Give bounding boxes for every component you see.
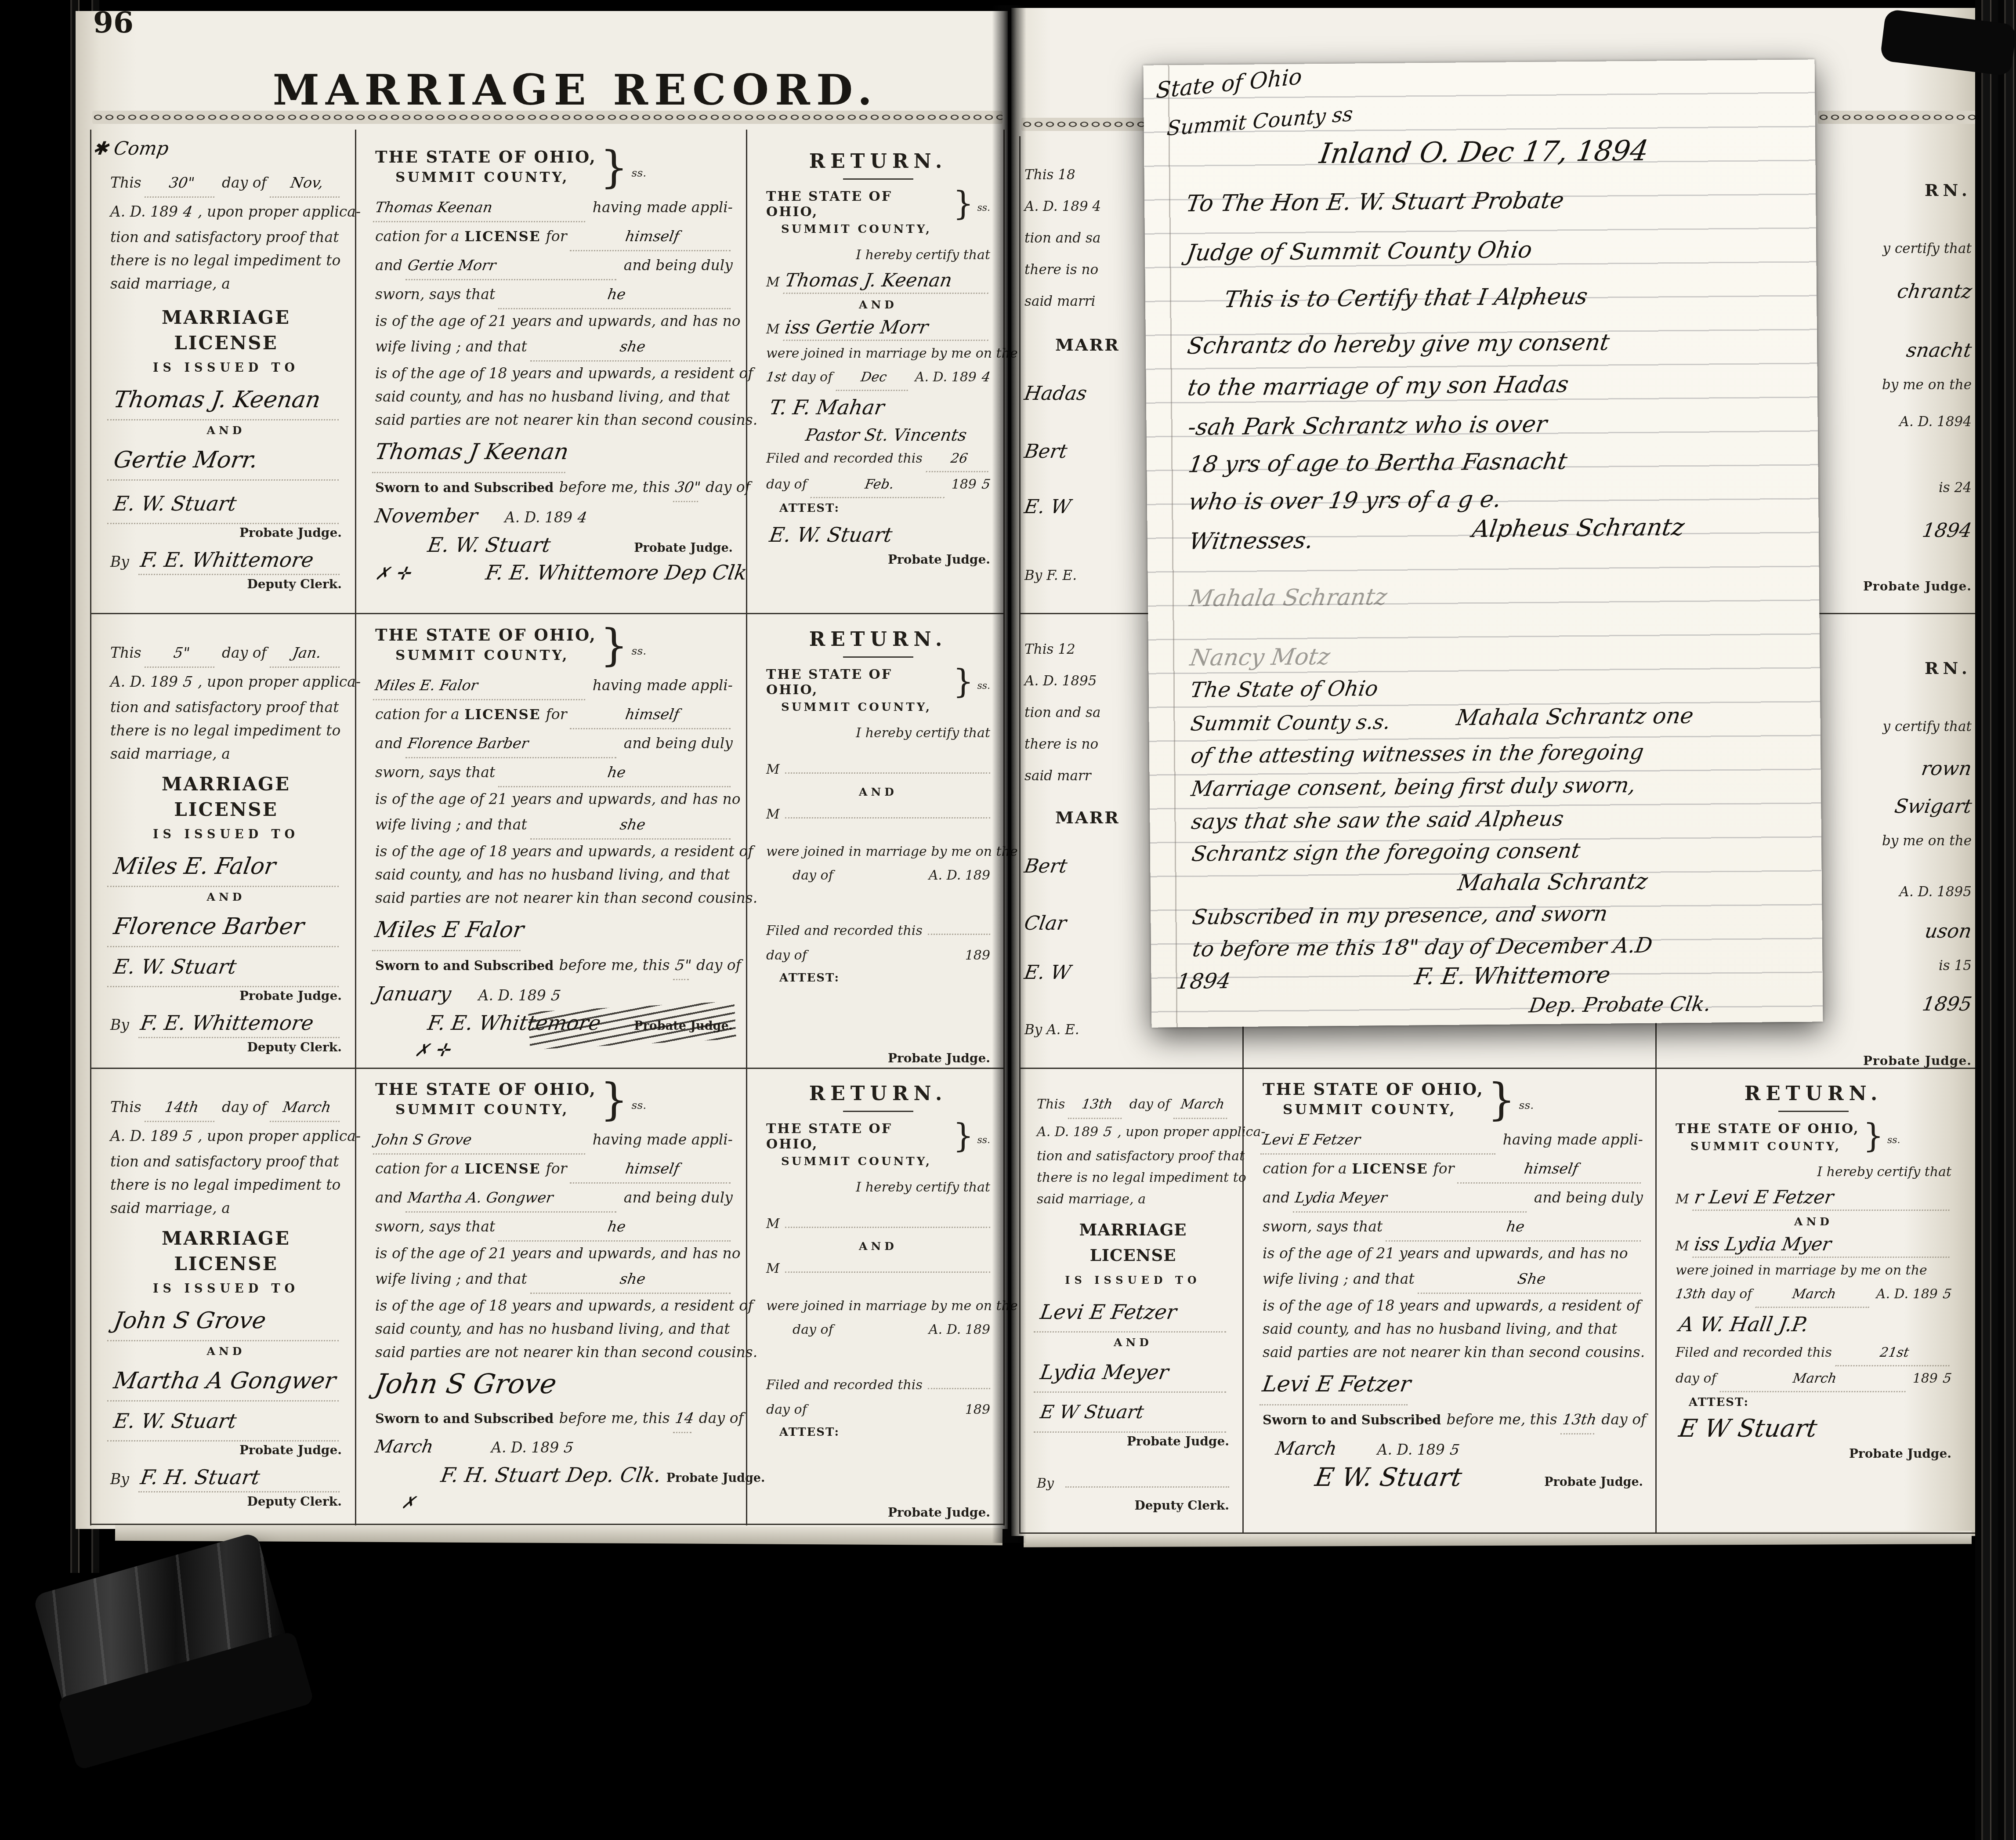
clerk-judge-signature: F. H. Stuart Dep. Clk.	[439, 1461, 663, 1489]
certify-label: I hereby certify that	[766, 1175, 990, 1200]
printed-paragraph: said parties are not nearer kin than sec…	[375, 886, 733, 909]
return-heading: RETURN.	[766, 1080, 990, 1108]
he-pronoun: he	[498, 280, 735, 309]
sworn-year-digit: 4	[575, 503, 589, 531]
ss-label: ss.	[977, 203, 990, 214]
ss-label: ss.	[1887, 1135, 1900, 1146]
state-county-text: THE STATE OF OHIO, SUMMIT COUNTY,	[375, 148, 597, 185]
for-whom: himself	[1457, 1155, 1645, 1184]
fragment-return-heading: RN.	[1925, 180, 1972, 200]
license-year-line: A. D. 1895, upon proper applica-	[110, 668, 342, 695]
married-bride-name	[785, 1271, 990, 1273]
brace-glyph: }	[953, 189, 974, 219]
deputy-clerk-signature	[1065, 1486, 1229, 1488]
printed-label: sworn, says that	[375, 758, 495, 786]
printed-label: day of	[1129, 1091, 1170, 1118]
sworn-month-line: March A. D. 1895	[1263, 1434, 1643, 1463]
certify-label: I hereby certify that	[766, 243, 990, 268]
state-label: THE STATE OF OHIO,	[375, 626, 597, 645]
fragment-return-heading: RN.	[1925, 658, 1972, 678]
m-prefix: M	[766, 1212, 780, 1236]
printed-paragraph: is of the age of 21 years and upwards, a…	[375, 309, 733, 333]
and-label: AND	[1676, 1212, 1951, 1232]
printed-label: and being duly	[624, 729, 733, 757]
printed-label: day of	[222, 169, 267, 196]
letter-witnesses-label: Witnesses.	[1187, 527, 1315, 555]
co-applicant-name: Florence Barber	[405, 729, 621, 758]
printed-label: before me, this	[559, 951, 670, 979]
fragment-text: by me on the	[1882, 377, 1972, 393]
entry3-license-cell: This 14th day of March A. D. 1895, upon …	[90, 1069, 355, 1523]
county-label: SUMMIT COUNTY,	[375, 170, 597, 186]
license-day: 5"	[145, 639, 219, 668]
state-county-text: THE STATE OF OHIO, SUMMIT COUNTY,	[1263, 1080, 1484, 1118]
fragment-bride-name: snacht	[1905, 339, 1973, 362]
and-label: AND	[766, 782, 990, 802]
deputy-clerk-label: Deputy Clerk.	[110, 576, 342, 593]
county-label: SUMMIT COUNTY,	[375, 1102, 597, 1118]
state-county-text: THE STATE OF OHIO, SUMMIT COUNTY,	[766, 667, 949, 714]
joined-month: March	[1755, 1282, 1873, 1308]
she-pronoun: she	[530, 1265, 735, 1294]
married-groom-line: M r Levi E Fetzer	[1676, 1185, 1951, 1212]
judge-sig-line: F. H. Stuart Dep. Clk. Probate Judge.	[375, 1461, 733, 1489]
married-bride-name: iss Gertie Morr	[783, 315, 992, 341]
wife-living-line: wife living ; and that She	[1263, 1265, 1643, 1294]
fragment-deputy-line: By F. E.	[1024, 568, 1077, 583]
affidavit-intro: Mahala Schrantz one	[1455, 703, 1695, 731]
sworn-says-line: sworn, says that he	[375, 758, 733, 787]
license-month: March	[1173, 1091, 1231, 1119]
fragment-judge-signature: E. W	[1023, 496, 1072, 518]
marriage-license-heading: MARRIAGE LICENSE	[110, 1226, 342, 1277]
married-bride-line: M iss Gertie Morr	[766, 315, 990, 342]
state-county-text: THE STATE OF OHIO, SUMMIT COUNTY,	[766, 189, 949, 236]
joined-date-line: 1st day of Dec A. D. 1894	[766, 365, 990, 391]
printed-label: day of	[793, 863, 833, 888]
brace-glyph: }	[600, 626, 628, 665]
deputy-line: By F. E. Whittemore	[110, 546, 342, 576]
letter-body-line: -sah Park Schrantz who is over	[1186, 411, 1549, 441]
affidavit-line: says that she saw the said Alpheus	[1190, 806, 1565, 834]
letter-body-line: to the marriage of my son Hadas	[1186, 371, 1570, 401]
probate-judge-label: Probate Judge.	[1037, 1433, 1229, 1450]
co-applicant-name: Lydia Meyer	[1293, 1184, 1531, 1213]
printed-label: This	[110, 1093, 141, 1121]
applicant-signature: John S Grove	[372, 1364, 560, 1404]
covered-entry-row2-right-fragments: RN. y certify that rown Swigart by me on…	[1820, 614, 1974, 1067]
joined-date-line: day of A. D. 189	[766, 1318, 990, 1342]
printed-label: , upon proper applica-	[198, 1122, 361, 1150]
letter-county-heading: Summit County ss	[1166, 101, 1354, 140]
printed-paragraph: said parties are not nearer kin than sec…	[375, 1340, 733, 1364]
letter-consent-signature: Alpheus Schrantz	[1470, 513, 1687, 543]
sworn-before-line: Sworn to and Subscribed before me, this …	[375, 1404, 733, 1433]
printed-label: By	[110, 1011, 129, 1039]
printed-label: day of	[1712, 1282, 1752, 1307]
filed-day	[928, 1388, 991, 1389]
county-label: SUMMIT COUNTY,	[766, 701, 949, 714]
sworn-before-line: Sworn to and Subscribed before me, this …	[375, 951, 733, 980]
license-for-line: cation for a LICENSE for himself	[1263, 1155, 1643, 1184]
marriage-license-heading: MARRIAGE LICENSE	[110, 305, 342, 356]
printed-paragraph: said marriage, a	[110, 1196, 342, 1220]
printed-label: This	[110, 169, 141, 196]
married-groom-name: r Levi E Fetzer	[1692, 1185, 1954, 1211]
fragment-bride-name: Swigart	[1893, 795, 1973, 818]
deputy-line: By F. H. Stuart	[110, 1463, 342, 1493]
printed-paragraph: is of the age of 18 years and upwards, a…	[375, 362, 733, 385]
bride-name: Florence Barber	[107, 907, 345, 947]
deputy-clerk-label: Deputy Clerk.	[1037, 1497, 1229, 1514]
married-groom-name	[785, 1227, 990, 1228]
letter-body-line: 18 yrs of age to Bertha Fasnacht	[1187, 448, 1569, 478]
printed-paragraph: is of the age of 21 years and upwards, a…	[375, 787, 733, 811]
printed-label: 189	[965, 1398, 990, 1422]
printed-paragraph: were joined in marriage by me on the	[766, 840, 990, 863]
license-word: LICENSE	[1352, 1155, 1428, 1183]
letter-dateline: Inland O. Dec 17, 1894	[1317, 135, 1650, 170]
printed-label: wife living ; and that	[1263, 1265, 1415, 1293]
printed-label: By	[1037, 1471, 1054, 1497]
printed-paragraph: is of the age of 18 years and upwards, a…	[1263, 1294, 1643, 1317]
m-prefix: M	[766, 270, 780, 295]
applicant-name: Levi E Fetzer	[1260, 1126, 1500, 1155]
state-county-heading: THE STATE OF OHIO, SUMMIT COUNTY, } ss.	[766, 1122, 990, 1169]
state-label: THE STATE OF OHIO,	[1676, 1122, 1860, 1137]
fragment-text: MARR	[1055, 808, 1120, 827]
letter-state-heading: State of Ohio	[1155, 64, 1303, 104]
printed-label: and	[375, 1184, 402, 1211]
sworn-day: 30"	[673, 473, 703, 502]
joined-month: Dec	[836, 365, 912, 391]
entry3-application-cell: THE STATE OF OHIO, SUMMIT COUNTY, } ss. …	[355, 1069, 746, 1523]
probate-judge-label: Probate Judge.	[1544, 1474, 1643, 1491]
entry4-license-cell: This 13th day of March A. D. 1895, upon …	[1019, 1069, 1242, 1532]
printed-label: having made appli-	[593, 193, 733, 221]
probate-judge-label: Probate Judge.	[634, 540, 733, 557]
applicant-line: Levi E Fetzer having made appli-	[1263, 1126, 1643, 1155]
printed-label: 189	[952, 472, 977, 497]
he-pronoun: he	[498, 1213, 735, 1242]
wife-living-line: wife living ; and that she	[375, 811, 733, 840]
affidavit-line: Marriage consent, being first duly sworn…	[1190, 773, 1637, 801]
probate-judge-label: Probate Judge.	[766, 551, 990, 569]
printed-label: and being duly	[624, 251, 733, 279]
printed-label: day of	[1601, 1405, 1646, 1433]
license-day: 14th	[145, 1093, 219, 1122]
state-county-heading: THE STATE OF OHIO, SUMMIT COUNTY, } ss.	[375, 1080, 733, 1119]
check-marks: ✗	[399, 1489, 418, 1517]
printed-paragraph: said marriage, a	[1037, 1188, 1229, 1210]
fragment-text: y certify that	[1883, 719, 1972, 735]
affidavit-line: Schrantz sign the foregoing consent	[1190, 838, 1582, 866]
sworn-year-digit: 5	[1448, 1436, 1462, 1463]
fragment-groom-name: chrantz	[1896, 280, 1974, 303]
sworn-month-line: November A. D. 1894	[375, 502, 733, 531]
entry1-application-cell: THE STATE OF OHIO, SUMMIT COUNTY, } ss. …	[355, 136, 746, 613]
ss-label: ss.	[632, 645, 647, 658]
printed-paragraph: said parties are not nearer kin than sec…	[375, 408, 733, 431]
covered-entry-row1-left-fragments: This 18 A. D. 189 4 tion and sa there is…	[1024, 136, 1156, 611]
printed-label: before me, this	[559, 1404, 670, 1432]
fragment-text: tion and sa	[1024, 230, 1100, 246]
applicant-signature: Levi E Fetzer	[1259, 1364, 1414, 1405]
license-day: 30"	[145, 169, 219, 198]
chain-border-left-page	[92, 111, 1003, 124]
fragment-text: MARR	[1055, 335, 1120, 355]
applicant-line: Miles E. Falor having made appli-	[375, 671, 733, 700]
groom-name: Thomas J. Keenan	[107, 380, 345, 420]
for-whom: himself	[570, 1155, 735, 1184]
fragment-text: there is no	[1024, 262, 1098, 278]
state-county-heading: THE STATE OF OHIO, SUMMIT COUNTY, } ss.	[1676, 1122, 1951, 1153]
sworn-month-line: March A. D. 1895	[375, 1433, 733, 1461]
entry2-license-cell: This 5" day of Jan. A. D. 1895, upon pro…	[90, 614, 355, 1067]
printed-label: day of	[699, 1404, 744, 1432]
co-applicant-line: and Lydia Meyer and being duly	[1263, 1184, 1643, 1213]
ss-label: ss.	[977, 681, 990, 692]
printed-label: having made appli-	[593, 1126, 733, 1153]
sworn-year-digit: 5	[549, 982, 563, 1009]
fragment-year: 1894	[1921, 519, 1973, 542]
printed-paragraph: there is no legal impediment to	[1037, 1167, 1229, 1188]
license-year-digit: 5	[181, 1122, 195, 1150]
printed-paragraph: there is no legal impediment to	[110, 719, 342, 742]
clerk-signature: F. E. Whittemore	[1413, 962, 1612, 990]
printed-label: day of	[1676, 1366, 1716, 1391]
attest-signature: E. W. Stuart	[764, 518, 993, 551]
printed-paragraph: tion and satisfactory proof that	[110, 695, 342, 719]
printed-paragraph: said marriage, a	[110, 272, 342, 295]
attest-signature: E W Stuart	[1673, 1413, 1954, 1445]
judge-signature: E W. Stuart	[1313, 1463, 1464, 1491]
printed-paragraph: said county, and has no husband living, …	[375, 863, 733, 886]
and-label: AND	[110, 420, 342, 441]
for-whom: himself	[570, 222, 735, 251]
sworn-before-line: Sworn to and Subscribed before me, this …	[1263, 1405, 1643, 1434]
probate-judge-label: Probate Judge.	[110, 1442, 342, 1459]
printed-label: Filed and recorded this	[766, 446, 923, 471]
deputy-clerk-signature: F. E. Whittemore	[138, 1009, 344, 1038]
filed-line: Filed and recorded this 26	[766, 446, 990, 472]
grid-line	[1019, 1532, 1978, 1534]
printed-label: By	[110, 1465, 129, 1493]
attest-label: ATTEST:	[766, 498, 990, 518]
and-label: AND	[1037, 1333, 1229, 1353]
sworn-before-line: Sworn to and Subscribed before me, this …	[375, 473, 733, 502]
married-bride-line: M	[766, 1257, 990, 1281]
joined-day: 1st	[764, 365, 789, 390]
printed-label: This	[110, 639, 141, 666]
state-label: THE STATE OF OHIO,	[766, 189, 949, 220]
sworn-day: 13th	[1560, 1405, 1599, 1434]
brace-glyph: }	[1488, 1080, 1516, 1119]
certify-label: I hereby certify that	[1676, 1159, 1951, 1185]
probate-judge-signature: E W Stuart	[1034, 1393, 1232, 1433]
filed-day: 26	[926, 446, 992, 472]
married-bride-line: M iss Lydia Myer	[1676, 1232, 1951, 1259]
check-marks: ✗ ✛	[373, 560, 413, 588]
filed-month: March	[1719, 1366, 1909, 1392]
probate-judge-signature: E. W. Stuart	[107, 1402, 345, 1442]
printed-label: day of	[792, 365, 833, 390]
printed-label: having made appli-	[1503, 1126, 1643, 1153]
printed-paragraph: were joined in marriage by me on the	[1676, 1259, 1951, 1282]
fragment-bride-name: Bert	[1023, 440, 1069, 463]
fragment-text: A. D. 189 4	[1024, 199, 1101, 214]
license-year-line: A. D. 1894, upon proper applica-	[110, 198, 342, 225]
printed-label: day of	[766, 943, 807, 968]
printed-label: and being duly	[1534, 1184, 1643, 1211]
entry4-application-cell: THE STATE OF OHIO, SUMMIT COUNTY, } ss. …	[1242, 1069, 1656, 1532]
groom-name: Miles E. Falor	[107, 847, 345, 887]
printed-paragraph: is of the age of 21 years and upwards, a…	[375, 1242, 733, 1265]
license-month: March	[270, 1093, 344, 1122]
brace-glyph: }	[1863, 1122, 1884, 1151]
license-date-line: This 13th day of March	[1037, 1091, 1229, 1119]
m-prefix: M	[766, 317, 780, 342]
entry2-application-cell: THE STATE OF OHIO, SUMMIT COUNTY, } ss. …	[355, 614, 746, 1067]
heading-rule	[843, 178, 913, 180]
license-year-digit: 4	[181, 198, 195, 225]
filed-line: Filed and recorded this	[766, 919, 990, 943]
printed-label: wife living ; and that	[375, 811, 527, 838]
state-county-heading: THE STATE OF OHIO, SUMMIT COUNTY, } ss.	[375, 148, 733, 187]
letter-witness-signature: Mahala Schrantz	[1188, 584, 1389, 612]
fragment-text: A. D. 1894	[1900, 414, 1972, 430]
printed-label: wife living ; and that	[375, 1265, 527, 1293]
state-county-heading: THE STATE OF OHIO, SUMMIT COUNTY, } ss.	[375, 626, 733, 665]
printed-label: This	[1037, 1091, 1065, 1118]
probate-judge-label: Probate Judge.	[766, 1050, 990, 1067]
sworn-month: March	[373, 1433, 435, 1461]
married-groom-line: M	[766, 757, 990, 782]
fragment-probate-judge-label: Probate Judge.	[1863, 1054, 1972, 1068]
printed-label: sworn, says that	[1263, 1213, 1383, 1240]
clerk-sig-line: ✗ ✛ F. E. Whittemore Dep Clk	[375, 559, 733, 588]
judge-sig-line: E. W. Stuart Probate Judge.	[375, 531, 733, 559]
book-gutter-shadow	[992, 5, 1026, 1543]
m-prefix: M	[1676, 1234, 1689, 1259]
printed-label: wife living ; and that	[375, 333, 527, 360]
sworn-says-line: sworn, says that he	[1263, 1213, 1643, 1242]
printed-label: , upon proper applica-	[198, 198, 361, 225]
printed-label: for	[546, 1155, 567, 1182]
return-heading: RETURN.	[766, 626, 990, 654]
issued-to-label: IS ISSUED TO	[110, 356, 342, 380]
printed-paragraph: tion and satisfactory proof that	[1037, 1145, 1229, 1167]
deputy-clerk-signature: F. E. Whittemore	[138, 546, 344, 575]
officiant-signature: T. F. Mahar	[764, 391, 993, 424]
sworn-says-line: sworn, says that he	[375, 280, 733, 309]
she-pronoun: She	[1418, 1265, 1646, 1294]
state-county-heading: THE STATE OF OHIO, SUMMIT COUNTY, } ss.	[766, 667, 990, 714]
printed-label: A. D. 189	[110, 1122, 178, 1150]
brace-glyph: }	[953, 1122, 974, 1151]
m-prefix: M	[766, 802, 780, 827]
sworn-says-line: sworn, says that he	[375, 1213, 733, 1242]
printed-label: By	[110, 548, 129, 576]
covered-entry-row2-left-fragments: This 12 A. D. 1895 tion and sa there is …	[1024, 614, 1156, 1067]
covered-entry-row1-right-fragments: RN. y certify that chrantz snacht by me …	[1820, 136, 1974, 611]
clerk-sig-line: ✗	[375, 1489, 733, 1517]
printed-label: for	[546, 700, 567, 728]
married-groom-name: Thomas J. Keenan	[783, 268, 992, 294]
page-number-left: 96	[93, 5, 134, 40]
license-year-digit: 5	[181, 668, 195, 695]
sworn-month: November	[373, 502, 480, 530]
ss-label: ss.	[977, 1135, 990, 1146]
printed-label: A. D. 189	[929, 863, 990, 888]
and-label: AND	[766, 1236, 990, 1257]
m-prefix: M	[1676, 1187, 1689, 1212]
filed-line: Filed and recorded this 21st	[1676, 1340, 1951, 1366]
probate-judge-label: Probate Judge.	[766, 1504, 990, 1521]
filed-date-line: day of 189	[766, 1398, 990, 1422]
state-county-heading: THE STATE OF OHIO, SUMMIT COUNTY, } ss.	[1263, 1080, 1643, 1119]
applicant-name: Miles E. Falor	[373, 671, 590, 700]
printed-label: A. D. 189	[505, 503, 572, 531]
printed-paragraph: there is no legal impediment to	[110, 249, 342, 272]
printed-label: 189	[1913, 1366, 1938, 1391]
entry1-license-cell: ✱ Comp This 30" day of Nov, A. D. 1894, …	[90, 136, 355, 613]
fragment-text: is 24	[1939, 480, 1972, 496]
entry1-return-cell: RETURN. THE STATE OF OHIO, SUMMIT COUNTY…	[746, 136, 1003, 613]
printed-label: cation for a	[375, 700, 460, 728]
applicant-signature: Miles E Falor	[372, 909, 527, 951]
license-year-line: A. D. 1895, upon proper applica-	[110, 1122, 342, 1150]
state-label: THE STATE OF OHIO,	[766, 1122, 949, 1152]
issued-to-label: IS ISSUED TO	[1037, 1268, 1229, 1293]
page-edge-streaks	[1975, 0, 2016, 1840]
for-whom: himself	[570, 700, 735, 729]
license-for-line: cation for a LICENSE for himself	[375, 1155, 733, 1184]
printed-label: and	[375, 251, 402, 279]
printed-label: A. D. 189	[491, 1434, 559, 1461]
fragment-text: said marri	[1024, 293, 1095, 309]
she-pronoun: she	[530, 811, 735, 840]
printed-label: day of	[793, 1318, 833, 1342]
license-date-line: This 14th day of March	[110, 1093, 342, 1122]
applicant-signature: Thomas J Keenan	[372, 431, 572, 473]
officiant-title: Pastor St. Vincents	[764, 424, 992, 446]
filed-year-digit: 5	[980, 472, 992, 497]
sworn-bold-label: Sworn to and Subscribed	[375, 1405, 554, 1433]
fragment-text: tion and sa	[1024, 705, 1100, 721]
jurat-line: Subscribed in my presence, and sworn	[1191, 902, 1609, 930]
state-label: THE STATE OF OHIO,	[375, 148, 597, 167]
sworn-month: January	[373, 980, 453, 1008]
printed-label: and	[375, 729, 402, 757]
judge-signature: E. W. Stuart	[426, 531, 553, 559]
sworn-bold-label: Sworn to and Subscribed	[375, 952, 554, 980]
license-month: Jan.	[270, 639, 344, 668]
printed-label: Filed and recorded this	[766, 919, 923, 943]
record-title: MARRIAGE RECORD.	[246, 65, 905, 115]
printed-paragraph: tion and satisfactory proof that	[110, 1150, 342, 1173]
issued-to-label: IS ISSUED TO	[110, 1277, 342, 1301]
fragment-bride-name: Clar	[1023, 912, 1068, 934]
filed-month: Feb.	[810, 472, 948, 498]
marriage-license-heading: MARRIAGE LICENSE	[110, 771, 342, 822]
ss-label: ss.	[632, 167, 647, 180]
print-label: and being duly	[624, 1184, 733, 1211]
fragment-text: is 15	[1939, 958, 1972, 974]
jurat-year: 1894	[1175, 969, 1232, 994]
license-date-line: This 30" day of Nov,	[110, 169, 342, 198]
state-county-heading: THE STATE OF OHIO, SUMMIT COUNTY, } ss.	[766, 189, 990, 236]
